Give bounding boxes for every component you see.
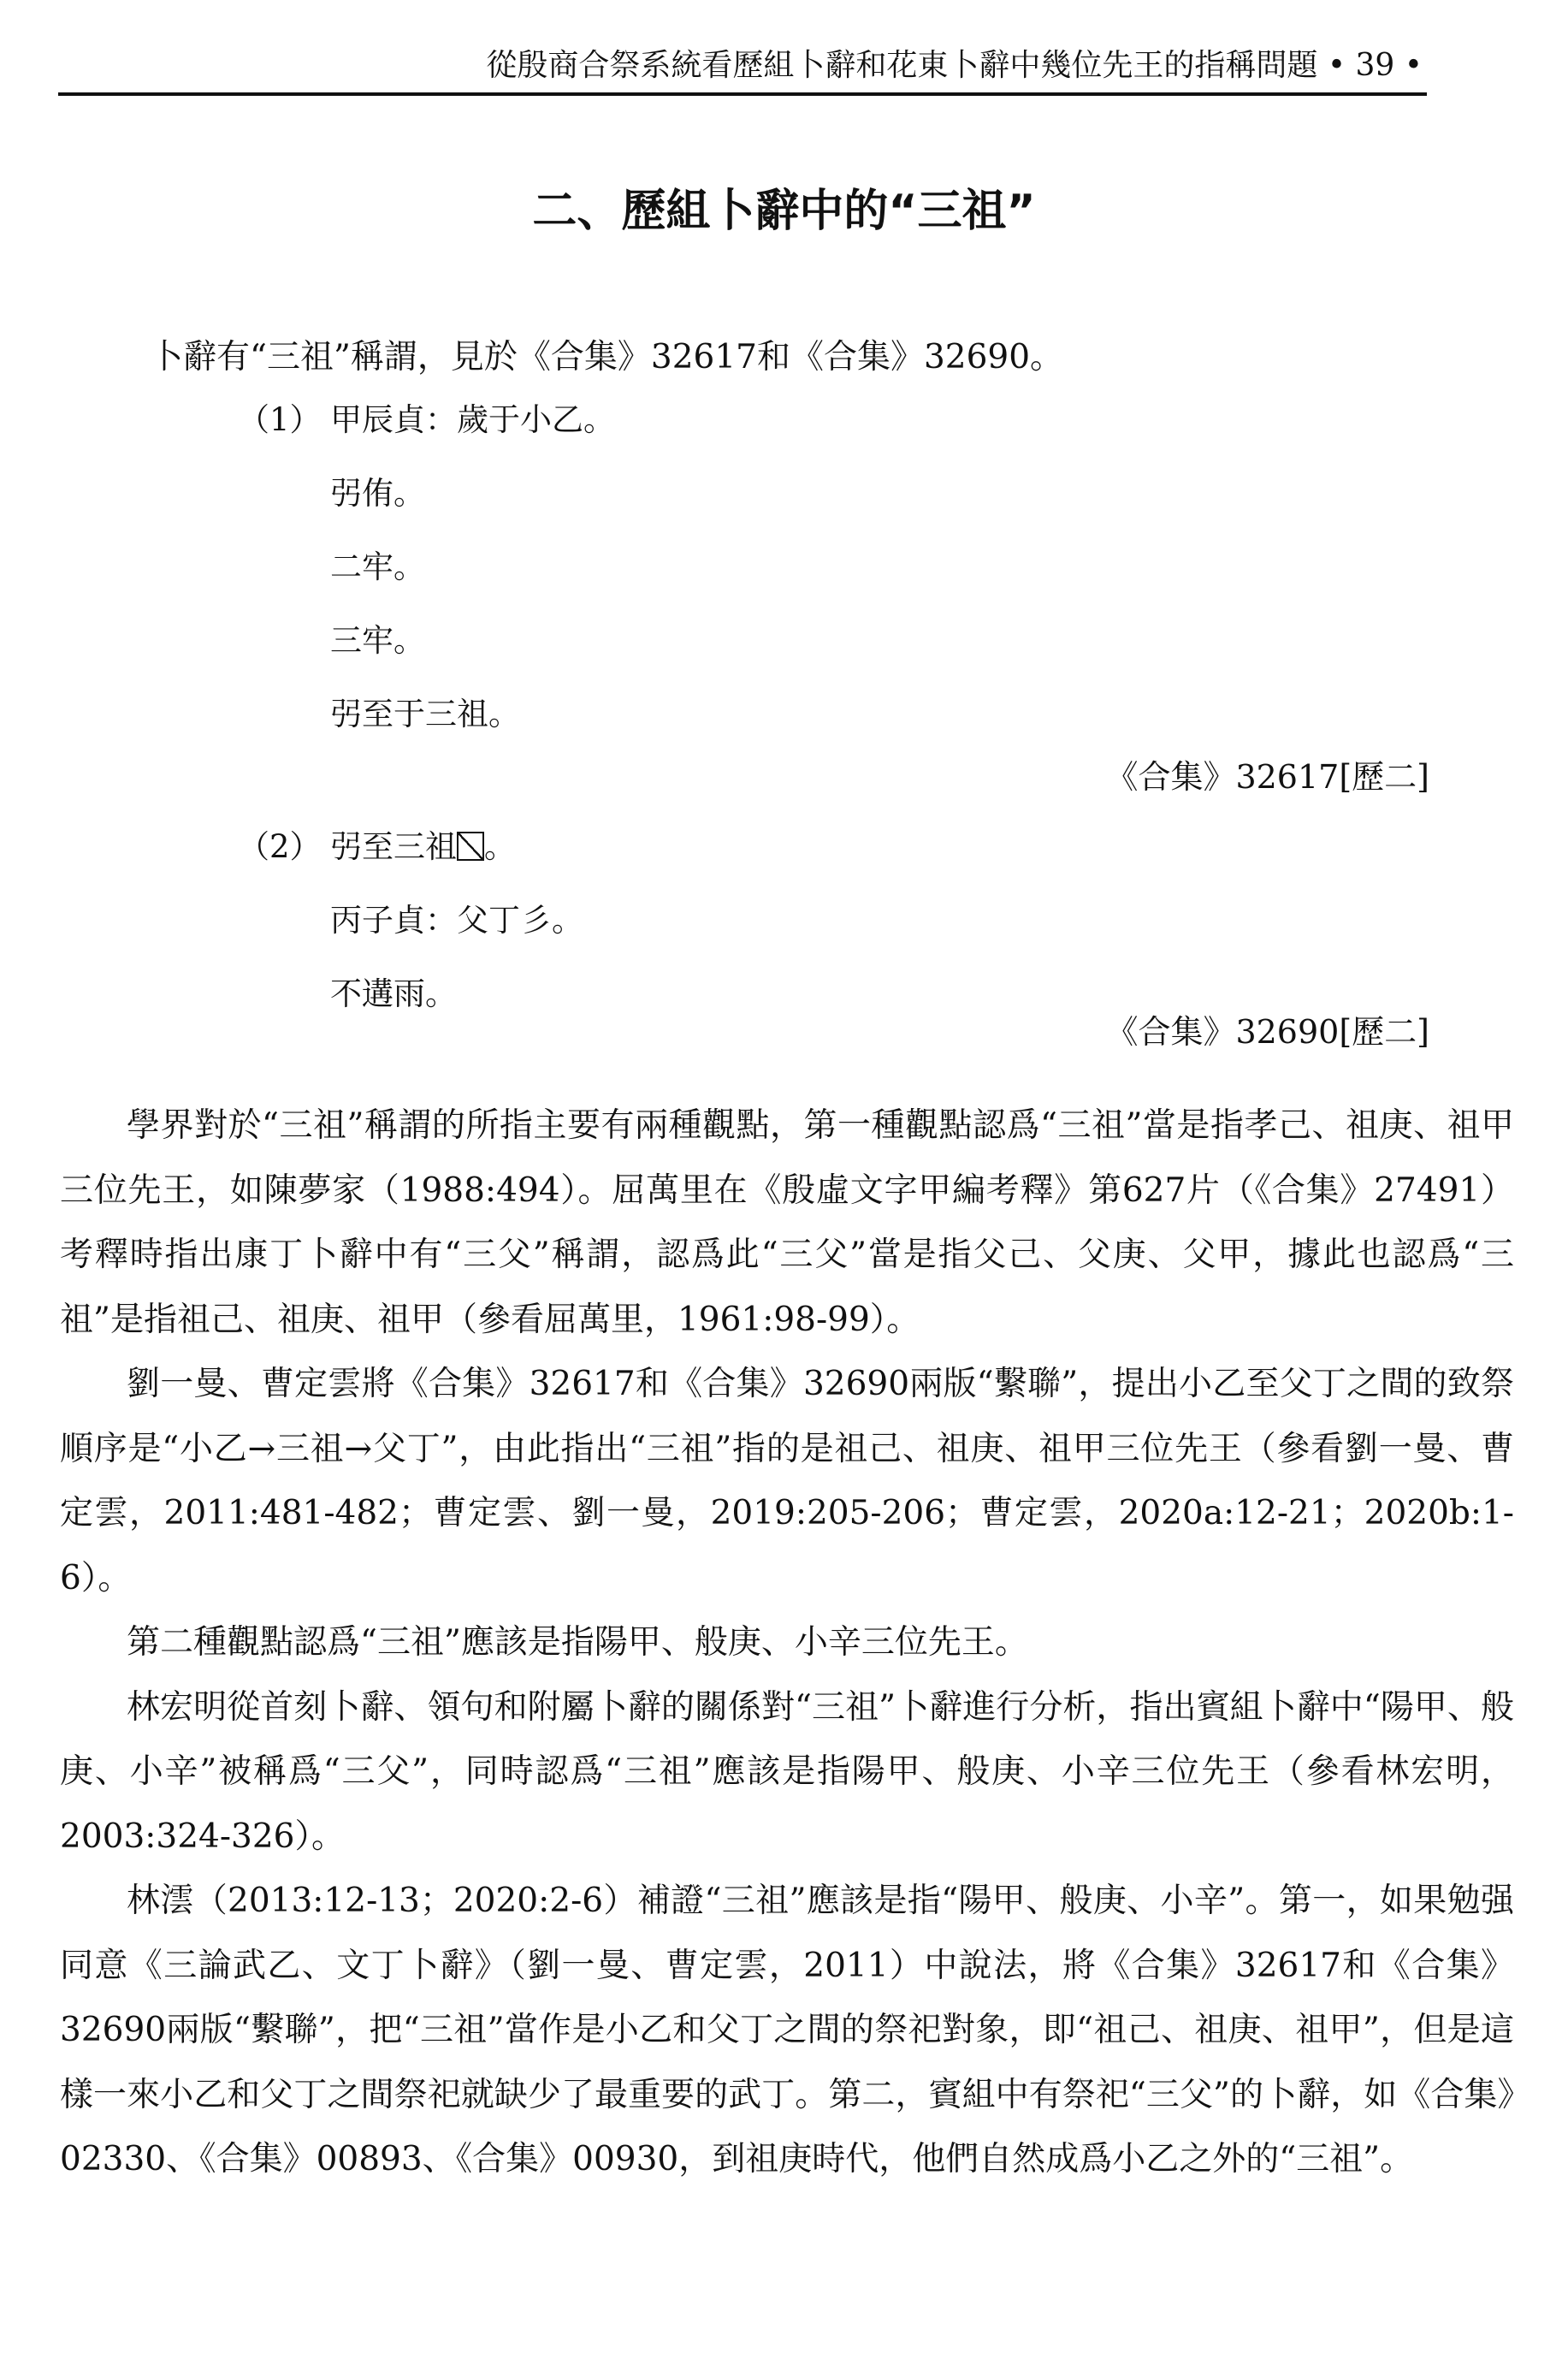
example-line: （2）弜至三祖。 [238, 823, 583, 897]
example-text-suffix: 。 [484, 828, 516, 865]
example-number: （1） [238, 396, 330, 444]
intro-paragraph: 卜辭有“三祖”稱謂，見於《合集》32617和《合集》32690。 [150, 334, 1063, 382]
example-line: （1）甲辰貞：歲于小乙。 [238, 396, 615, 470]
example-text: 弜至三祖 [330, 828, 457, 865]
running-head-title: 從殷商合祭系統看歷組卜辭和花東卜辭中幾位先王的指稱問題 [486, 48, 1317, 83]
example-line: 三牢。 [238, 617, 615, 690]
missing-character-box-icon [457, 832, 484, 861]
body-text: 學界對於“三祖”稱謂的所指主要有兩種觀點，第一種觀點認爲“三祖”當是指孝己、祖庚… [60, 1094, 1514, 2192]
example-line: 弜至于三祖。 [238, 690, 615, 764]
example-text: 甲辰貞：歲于小乙。 [330, 401, 615, 438]
example-line: 二牢。 [238, 543, 615, 617]
example-1: （1）甲辰貞：歲于小乙。 弜侑。 二牢。 三牢。 弜至于三祖。 [238, 396, 615, 764]
example-number: （2） [238, 823, 330, 871]
page-number: • 39 • [1328, 48, 1423, 83]
paragraph: 第二種觀點認爲“三祖”應該是指陽甲、般庚、小辛三位先王。 [60, 1610, 1514, 1675]
paragraph: 學界對於“三祖”稱謂的所指主要有兩種觀點，第一種觀點認爲“三祖”當是指孝己、祖庚… [60, 1094, 1514, 1352]
header-rule [58, 92, 1427, 96]
example-1-source: 《合集》32617[歷二] [1105, 753, 1429, 801]
example-2: （2）弜至三祖。 丙子貞：父丁彡。 不遘雨。 [238, 823, 583, 1044]
paragraph: 劉一曼、曹定雲將《合集》32617和《合集》32690兩版“繫聯”，提出小乙至父… [60, 1352, 1514, 1610]
example-line: 不遘雨。 [238, 970, 583, 1044]
example-2-source: 《合集》32690[歷二] [1105, 1008, 1429, 1056]
example-line: 丙子貞：父丁彡。 [238, 897, 583, 970]
section-title: 二、歷組卜辭中的“三祖” [0, 181, 1568, 241]
example-line: 弜侑。 [238, 470, 615, 543]
running-head: 從殷商合祭系統看歷組卜辭和花東卜辭中幾位先王的指稱問題 • 39 • [58, 44, 1423, 87]
paragraph: 林澐（2013:12-13；2020:2-6）補證“三祖”應該是指“陽甲、般庚、… [60, 1869, 1514, 2192]
paragraph: 林宏明從首刻卜辭、領句和附屬卜辭的關係對“三祖”卜辭進行分析，指出賓組卜辭中“陽… [60, 1675, 1514, 1870]
